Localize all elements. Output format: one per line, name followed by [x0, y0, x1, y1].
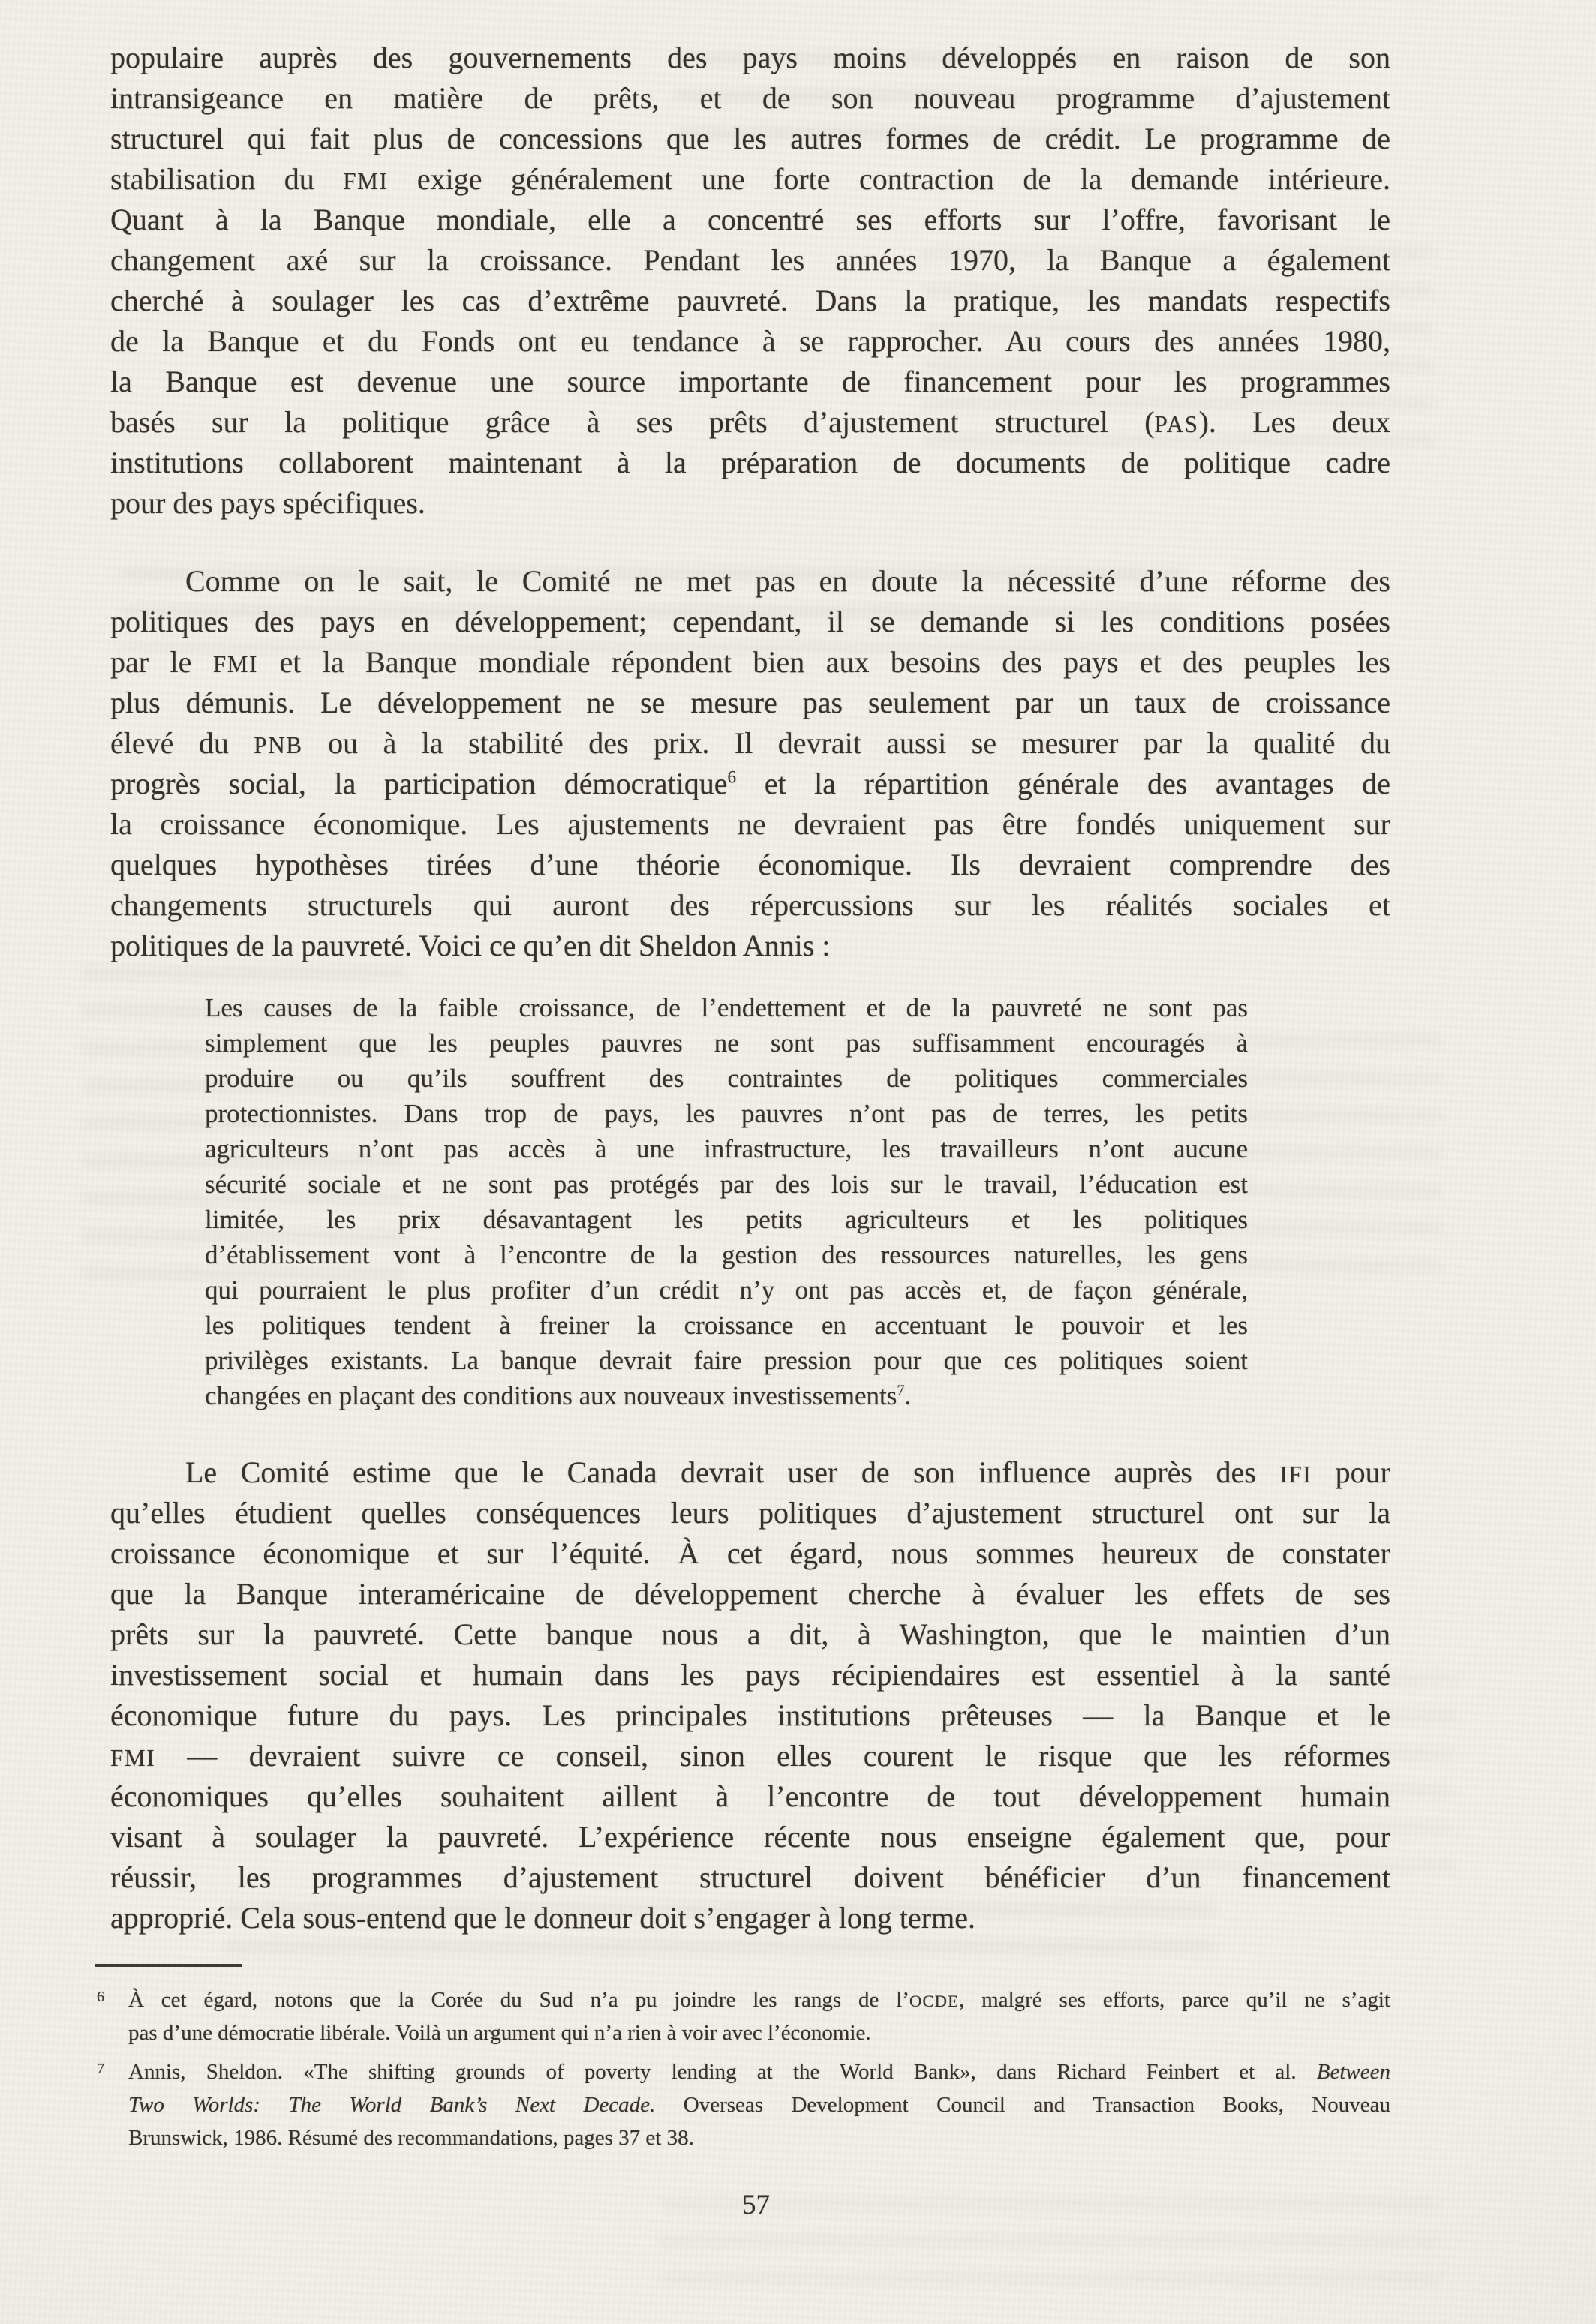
text-line: d’établissement vont à l’encontre de la …	[205, 1237, 1248, 1272]
text-block: populaire auprès des gouvernements des p…	[110, 38, 1390, 2154]
text-line: pas d’une démocratie libérale. Voilà un …	[128, 2016, 1390, 2049]
text-line: cherché à soulager les cas d’extrême pau…	[110, 281, 1390, 321]
small-caps-acronym: PNB	[254, 732, 302, 758]
text-line: la croissance économique. Les ajustement…	[110, 804, 1390, 845]
text-line: structurel qui fait plus de concessions …	[110, 119, 1390, 159]
text-line: de la Banque et du Fonds ont eu tendance…	[110, 321, 1390, 362]
page-number: 57	[0, 2189, 1554, 2221]
superscript-reference: 7	[897, 1382, 904, 1398]
text-line: simplement que les peuples pauvres ne so…	[205, 1025, 1248, 1061]
footnotes-section: 6À cet égard, notons que la Corée du Sud…	[110, 1964, 1390, 2154]
text-line: pour des pays spécifiques.	[110, 483, 1390, 524]
text-line: progrès social, la participation démocra…	[110, 764, 1390, 804]
footnote: 7Annis, Sheldon. «The shifting grounds o…	[92, 2055, 1390, 2154]
block-quote: Les causes de la faible croissance, de l…	[205, 990, 1248, 1413]
small-caps-acronym: OCDE	[909, 1992, 959, 2010]
text-line: qui pourraient le plus profiter d’un cré…	[205, 1272, 1248, 1308]
text-line: privilèges existants. La banque devrait …	[205, 1343, 1248, 1378]
text-line: politiques de la pauvreté. Voici ce qu’e…	[110, 926, 1390, 966]
text-line: plus démunis. Le développement ne se mes…	[110, 683, 1390, 723]
paragraph: populaire auprès des gouvernements des p…	[110, 38, 1390, 524]
text-line: institutions collaborent maintenant à la…	[110, 443, 1390, 483]
text-line: économique future du pays. Les principal…	[110, 1695, 1390, 1736]
text-line: basés sur la politique grâce à ses prêts…	[110, 402, 1390, 443]
text-line: investissement social et humain dans les…	[110, 1655, 1390, 1695]
text-line: stabilisation du FMI exige généralement …	[110, 159, 1390, 200]
italic-text: Two Worlds: The World Bank’s Next Decade…	[128, 2093, 655, 2117]
footnote-marker: 7	[97, 2052, 104, 2085]
text-line: croissance économique et sur l’équité. À…	[110, 1533, 1390, 1574]
text-line: élevé du PNB ou à la stabilité des prix.…	[110, 723, 1390, 764]
text-line: que la Banque interaméricaine de dévelop…	[110, 1574, 1390, 1614]
text-line: agriculteurs n’ont pas accès à une infra…	[205, 1131, 1248, 1167]
text-line: limitée, les prix désavantagent les peti…	[205, 1202, 1248, 1237]
small-caps-acronym: FMI	[110, 1745, 155, 1771]
text-line: prêts sur la pauvreté. Cette banque nous…	[110, 1614, 1390, 1655]
text-line: Two Worlds: The World Bank’s Next Decade…	[128, 2088, 1390, 2121]
small-caps-acronym: PAS	[1155, 411, 1199, 437]
text-line: approprié. Cela sous-entend que le donne…	[110, 1898, 1390, 1938]
text-line: la Banque est devenue une source importa…	[110, 362, 1390, 402]
text-line: changement axé sur la croissance. Pendan…	[110, 240, 1390, 281]
text-line: Quant à la Banque mondiale, elle a conce…	[110, 200, 1390, 240]
text-line: protectionnistes. Dans trop de pays, les…	[205, 1096, 1248, 1131]
footnotes-list: 6À cet égard, notons que la Corée du Sud…	[110, 1983, 1390, 2154]
text-line: changements structurels qui auront des r…	[110, 885, 1390, 926]
text-line: Comme on le sait, le Comité ne met pas e…	[110, 561, 1390, 602]
body-paragraphs: populaire auprès des gouvernements des p…	[110, 38, 1390, 1938]
text-line: intransigeance en matière de prêts, et d…	[110, 78, 1390, 119]
small-caps-acronym: FMI	[343, 168, 388, 194]
footnote: 6À cet égard, notons que la Corée du Sud…	[92, 1983, 1390, 2049]
italic-text: Between	[1317, 2060, 1390, 2084]
small-caps-acronym: IFI	[1279, 1461, 1312, 1488]
scanned-document-page: populaire auprès des gouvernements des p…	[0, 0, 1596, 2324]
text-line: sécurité sociale et ne sont pas protégés…	[205, 1167, 1248, 1202]
paragraph: Le Comité estime que le Canada devrait u…	[110, 1452, 1390, 1938]
paragraph: Comme on le sait, le Comité ne met pas e…	[110, 561, 1390, 966]
text-line: produire ou qu’ils souffrent des contrai…	[205, 1061, 1248, 1096]
text-line: politiques des pays en développement; ce…	[110, 602, 1390, 642]
text-line: les politiques tendent à freiner la croi…	[205, 1308, 1248, 1343]
text-line: populaire auprès des gouvernements des p…	[110, 38, 1390, 78]
text-line: réussir, les programmes d’ajustement str…	[110, 1857, 1390, 1898]
text-line: économiques qu’elles souhaitent aillent …	[110, 1776, 1390, 1817]
footnote-marker: 6	[97, 1980, 104, 2013]
text-line: Les causes de la faible croissance, de l…	[205, 990, 1248, 1025]
text-line: changées en plaçant des conditions aux n…	[205, 1378, 1248, 1413]
text-line: À cet égard, notons que la Corée du Sud …	[128, 1983, 1390, 2016]
text-line: Annis, Sheldon. «The shifting grounds of…	[128, 2055, 1390, 2088]
superscript-reference: 6	[727, 768, 736, 788]
text-line: quelques hypothèses tirées d’une théorie…	[110, 845, 1390, 885]
text-line: FMI — devraient suivre ce conseil, sinon…	[110, 1736, 1390, 1776]
small-caps-acronym: FMI	[213, 651, 258, 677]
text-line: visant à soulager la pauvreté. L’expérie…	[110, 1817, 1390, 1857]
text-line: Le Comité estime que le Canada devrait u…	[110, 1452, 1390, 1493]
text-line: par le FMI et la Banque mondiale réponde…	[110, 642, 1390, 683]
footnote-separator-rule	[95, 1964, 242, 1967]
text-line: Brunswick, 1986. Résumé des recommandati…	[128, 2121, 1390, 2154]
text-line: qu’elles étudient quelles conséquences l…	[110, 1493, 1390, 1533]
